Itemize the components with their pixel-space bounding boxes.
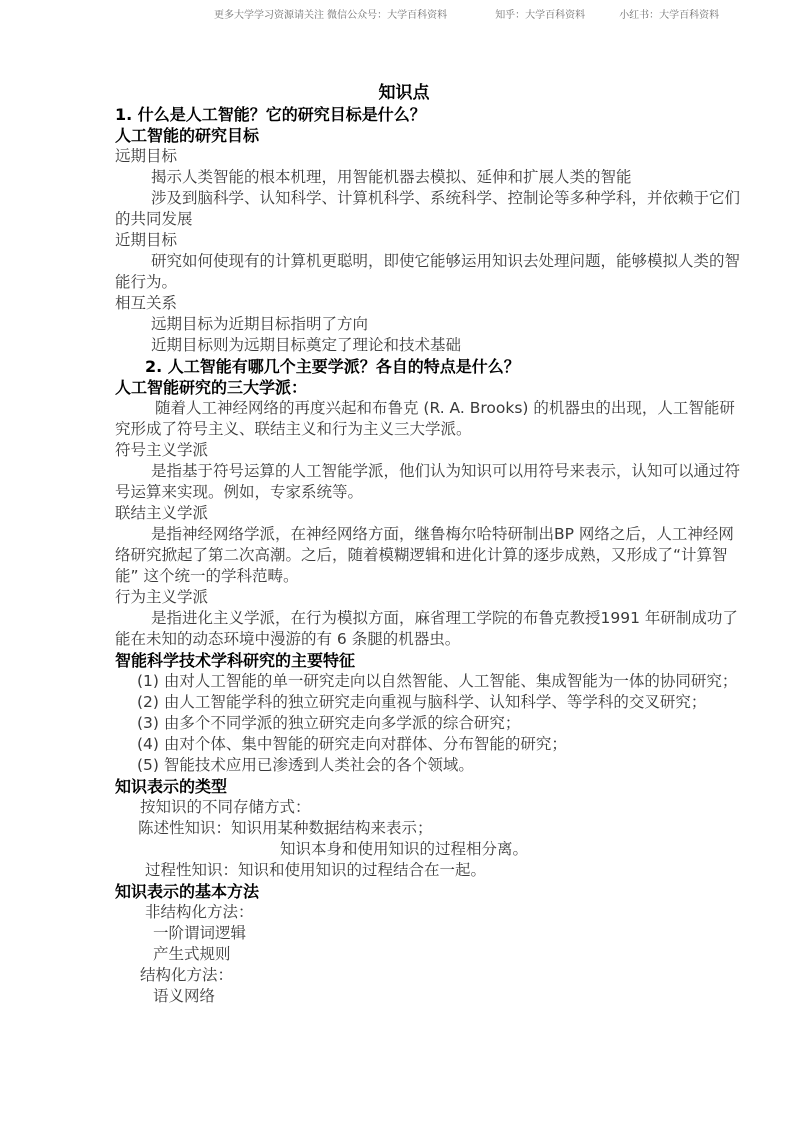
text-line: 涉及到脑科学、认知科学、计算机科学、系统科学、控制论等多种学科，并依赖于它们 [115, 188, 755, 209]
text-line: 知识表示的基本方法 [115, 881, 755, 902]
text-line: 是指进化主义学派，在行为模拟方面，麻省理工学院的布鲁克教授1991 年研制成功了 [115, 608, 755, 629]
text-line: (4) 由对个体、集中智能的研究走向对群体、分布智能的研究； [115, 734, 755, 755]
text-line: 一阶谓词逻辑 [115, 923, 755, 944]
watermark-promo-text: 更多大学学习资源请关注 微信公众号：大学百科资料 [214, 6, 447, 21]
text-line: (1) 由对人工智能的单一研究走向以自然智能、人工智能、集成智能为一体的协同研究… [115, 671, 755, 692]
text-line: 究形成了符号主义、联结主义和行为主义三大学派。 [115, 419, 755, 440]
text-line: 相互关系 [115, 293, 755, 314]
text-line: 研究如何使现有的计算机更聪明，即使它能够运用知识去处理问题，能够模拟人类的智 [115, 251, 755, 272]
text-line: 近期目标 [115, 230, 755, 251]
page-watermark-header: 更多大学学习资源请关注 微信公众号：大学百科资料 知乎：大学百科资料 小红书：大… [214, 6, 719, 21]
text-line: 人工智能研究的三大学派： [115, 377, 755, 398]
document-page: 更多大学学习资源请关注 微信公众号：大学百科资料 知乎：大学百科资料 小红书：大… [0, 0, 793, 1122]
text-line: 络研究掀起了第二次高潮。之后，随着模糊逻辑和进化计算的逐步成熟，又形成了“计算智 [115, 545, 755, 566]
text-line: 过程性知识：知识和使用知识的过程结合在一起。 [115, 860, 755, 881]
document-body: 1. 什么是人工智能？它的研究目标是什么？人工智能的研究目标远期目标揭示人类智能… [115, 104, 755, 1007]
watermark-zhihu-text: 知乎：大学百科资料 [495, 6, 585, 21]
text-line: 产生式规则 [115, 944, 755, 965]
text-line: 是指基于符号运算的人工智能学派，他们认为知识可以用符号来表示，认知可以通过符 [115, 461, 755, 482]
text-line: 能在未知的动态环境中漫游的有 6 条腿的机器虫。 [115, 629, 755, 650]
text-line: 行为主义学派 [115, 587, 755, 608]
watermark-xiaohongshu-text: 小红书：大学百科资料 [619, 6, 719, 21]
text-line: 2. 人工智能有哪几个主要学派？各自的特点是什么？ [115, 356, 755, 377]
text-line: 陈述性知识：知识用某种数据结构来表示； [115, 818, 755, 839]
document-title: 知识点 [115, 83, 693, 104]
text-line: 知识表示的类型 [115, 776, 755, 797]
text-line: 能” 这个统一的学科范畴。 [115, 566, 755, 587]
text-line: 的共同发展 [115, 209, 755, 230]
text-line: 号运算来实现。例如，专家系统等。 [115, 482, 755, 503]
text-line: 语义网络 [115, 986, 755, 1007]
text-line: 1. 什么是人工智能？它的研究目标是什么？ [115, 104, 755, 125]
text-line: 联结主义学派 [115, 503, 755, 524]
text-line: 非结构化方法： [115, 902, 755, 923]
text-line: (3) 由多个不同学派的独立研究走向多学派的综合研究； [115, 713, 755, 734]
text-line: 按知识的不同存储方式： [115, 797, 755, 818]
text-line: 远期目标为近期目标指明了方向 [115, 314, 755, 335]
text-line: 远期目标 [115, 146, 755, 167]
text-line: 知识本身和使用知识的过程相分离。 [115, 839, 755, 860]
text-line: 人工智能的研究目标 [115, 125, 755, 146]
text-line: 是指神经网络学派，在神经网络方面，继鲁梅尔哈特研制出BP 网络之后，人工神经网 [115, 524, 755, 545]
text-line: (5) 智能技术应用已渗透到人类社会的各个领域。 [115, 755, 755, 776]
text-line: (2) 由人工智能学科的独立研究走向重视与脑科学、认知科学、等学科的交叉研究； [115, 692, 755, 713]
text-line: 结构化方法： [115, 965, 755, 986]
text-line: 随着人工神经网络的再度兴起和布鲁克 (R. A. Brooks) 的机器虫的出现… [115, 398, 755, 419]
text-line: 近期目标则为远期目标奠定了理论和技术基础 [115, 335, 755, 356]
text-line: 符号主义学派 [115, 440, 755, 461]
text-line: 智能科学技术学科研究的主要特征 [115, 650, 755, 671]
text-line: 揭示人类智能的根本机理，用智能机器去模拟、延伸和扩展人类的智能 [115, 167, 755, 188]
text-line: 能行为。 [115, 272, 755, 293]
